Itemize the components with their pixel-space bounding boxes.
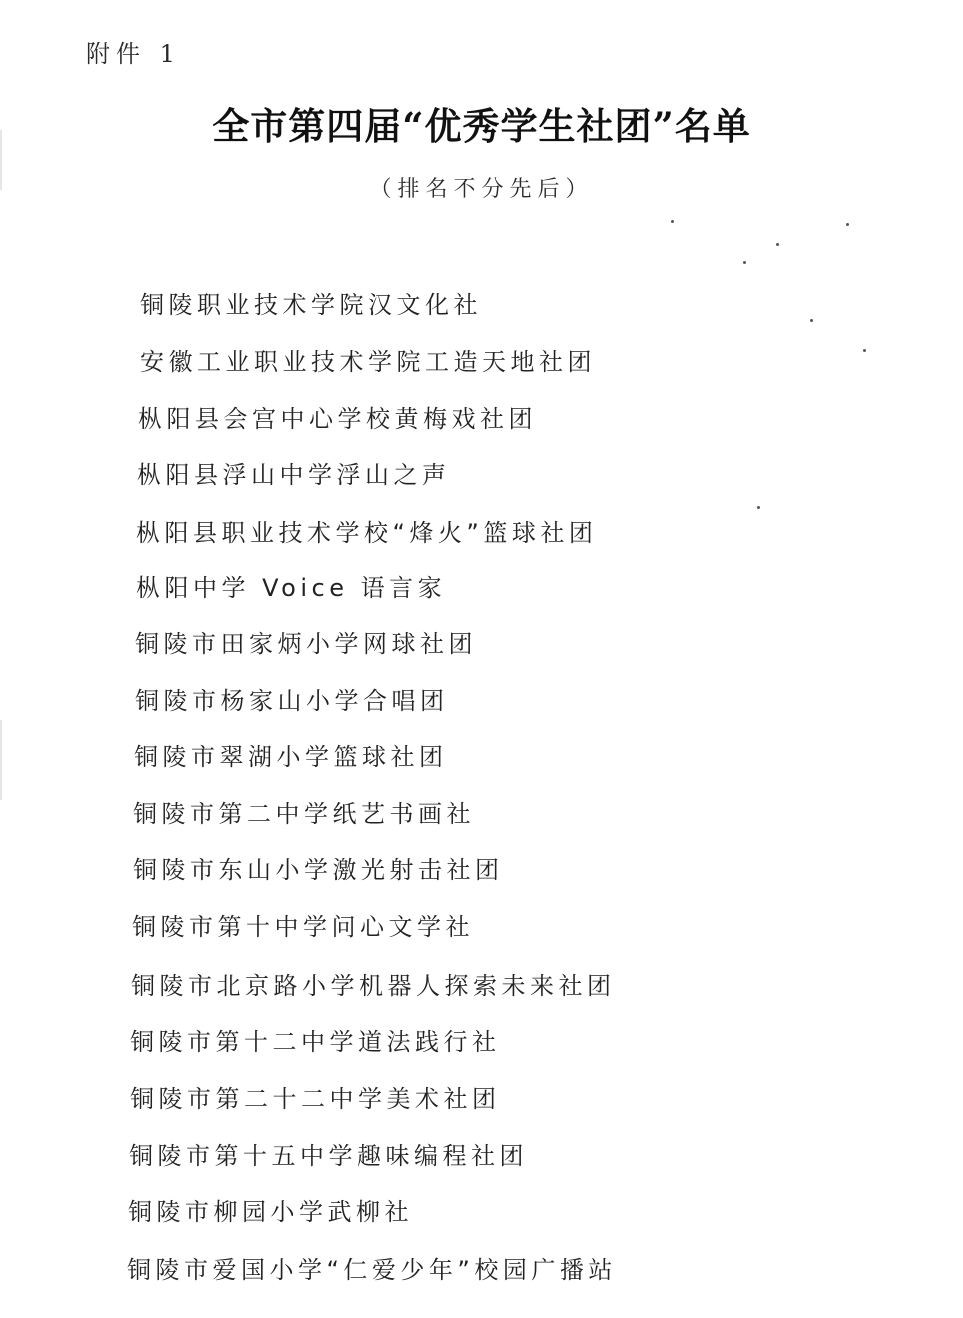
club-item: 铜陵市柳园小学武柳社 (128, 1192, 413, 1227)
attachment-label: 附件 1 (86, 34, 181, 69)
club-item: 枞阳县职业技术学校“烽火”篮球社团 (136, 513, 597, 548)
scan-edge-mark (0, 130, 2, 190)
scan-speck (810, 319, 813, 322)
club-item: 铜陵市第十中学问心文学社 (132, 907, 474, 942)
club-item: 安徽工业职业技术学院工造天地社团 (140, 342, 596, 377)
club-item: 枞阳中学 Voice 语言家 (136, 568, 446, 603)
document-subtitle: （排名不分先后） (0, 172, 963, 203)
club-item: 枞阳县浮山中学浮山之声 (137, 455, 451, 490)
club-item: 铜陵市第二中学纸艺书画社 (133, 794, 475, 829)
club-item: 铜陵职业技术学院汉文化社 (140, 285, 482, 320)
club-item: 铜陵市第十二中学道法践行社 (130, 1022, 501, 1057)
club-item: 铜陵市第二十二中学美术社团 (130, 1079, 501, 1114)
club-item: 铜陵市杨家山小学合唱团 (135, 681, 449, 716)
scan-edge-mark (0, 720, 2, 800)
scan-speck (846, 223, 849, 226)
club-item: 铜陵市东山小学激光射击社团 (133, 850, 504, 885)
club-item: 铜陵市田家炳小学网球社团 (135, 624, 477, 659)
scan-speck (863, 349, 866, 352)
scan-speck (776, 243, 779, 246)
scan-speck (757, 506, 760, 509)
club-item: 铜陵市北京路小学机器人探索未来社团 (131, 966, 616, 1001)
club-item: 枞阳县会宫中心学校黄梅戏社团 (138, 399, 537, 434)
club-item: 铜陵市翠湖小学篮球社团 (134, 737, 448, 772)
scan-speck (671, 220, 674, 223)
document-title: 全市第四届“优秀学生社团”名单 (0, 96, 963, 150)
scan-speck (743, 261, 746, 264)
club-item: 铜陵市爱国小学“仁爱少年”校园广播站 (127, 1250, 617, 1285)
club-item: 铜陵市第十五中学趣味编程社团 (129, 1136, 528, 1171)
